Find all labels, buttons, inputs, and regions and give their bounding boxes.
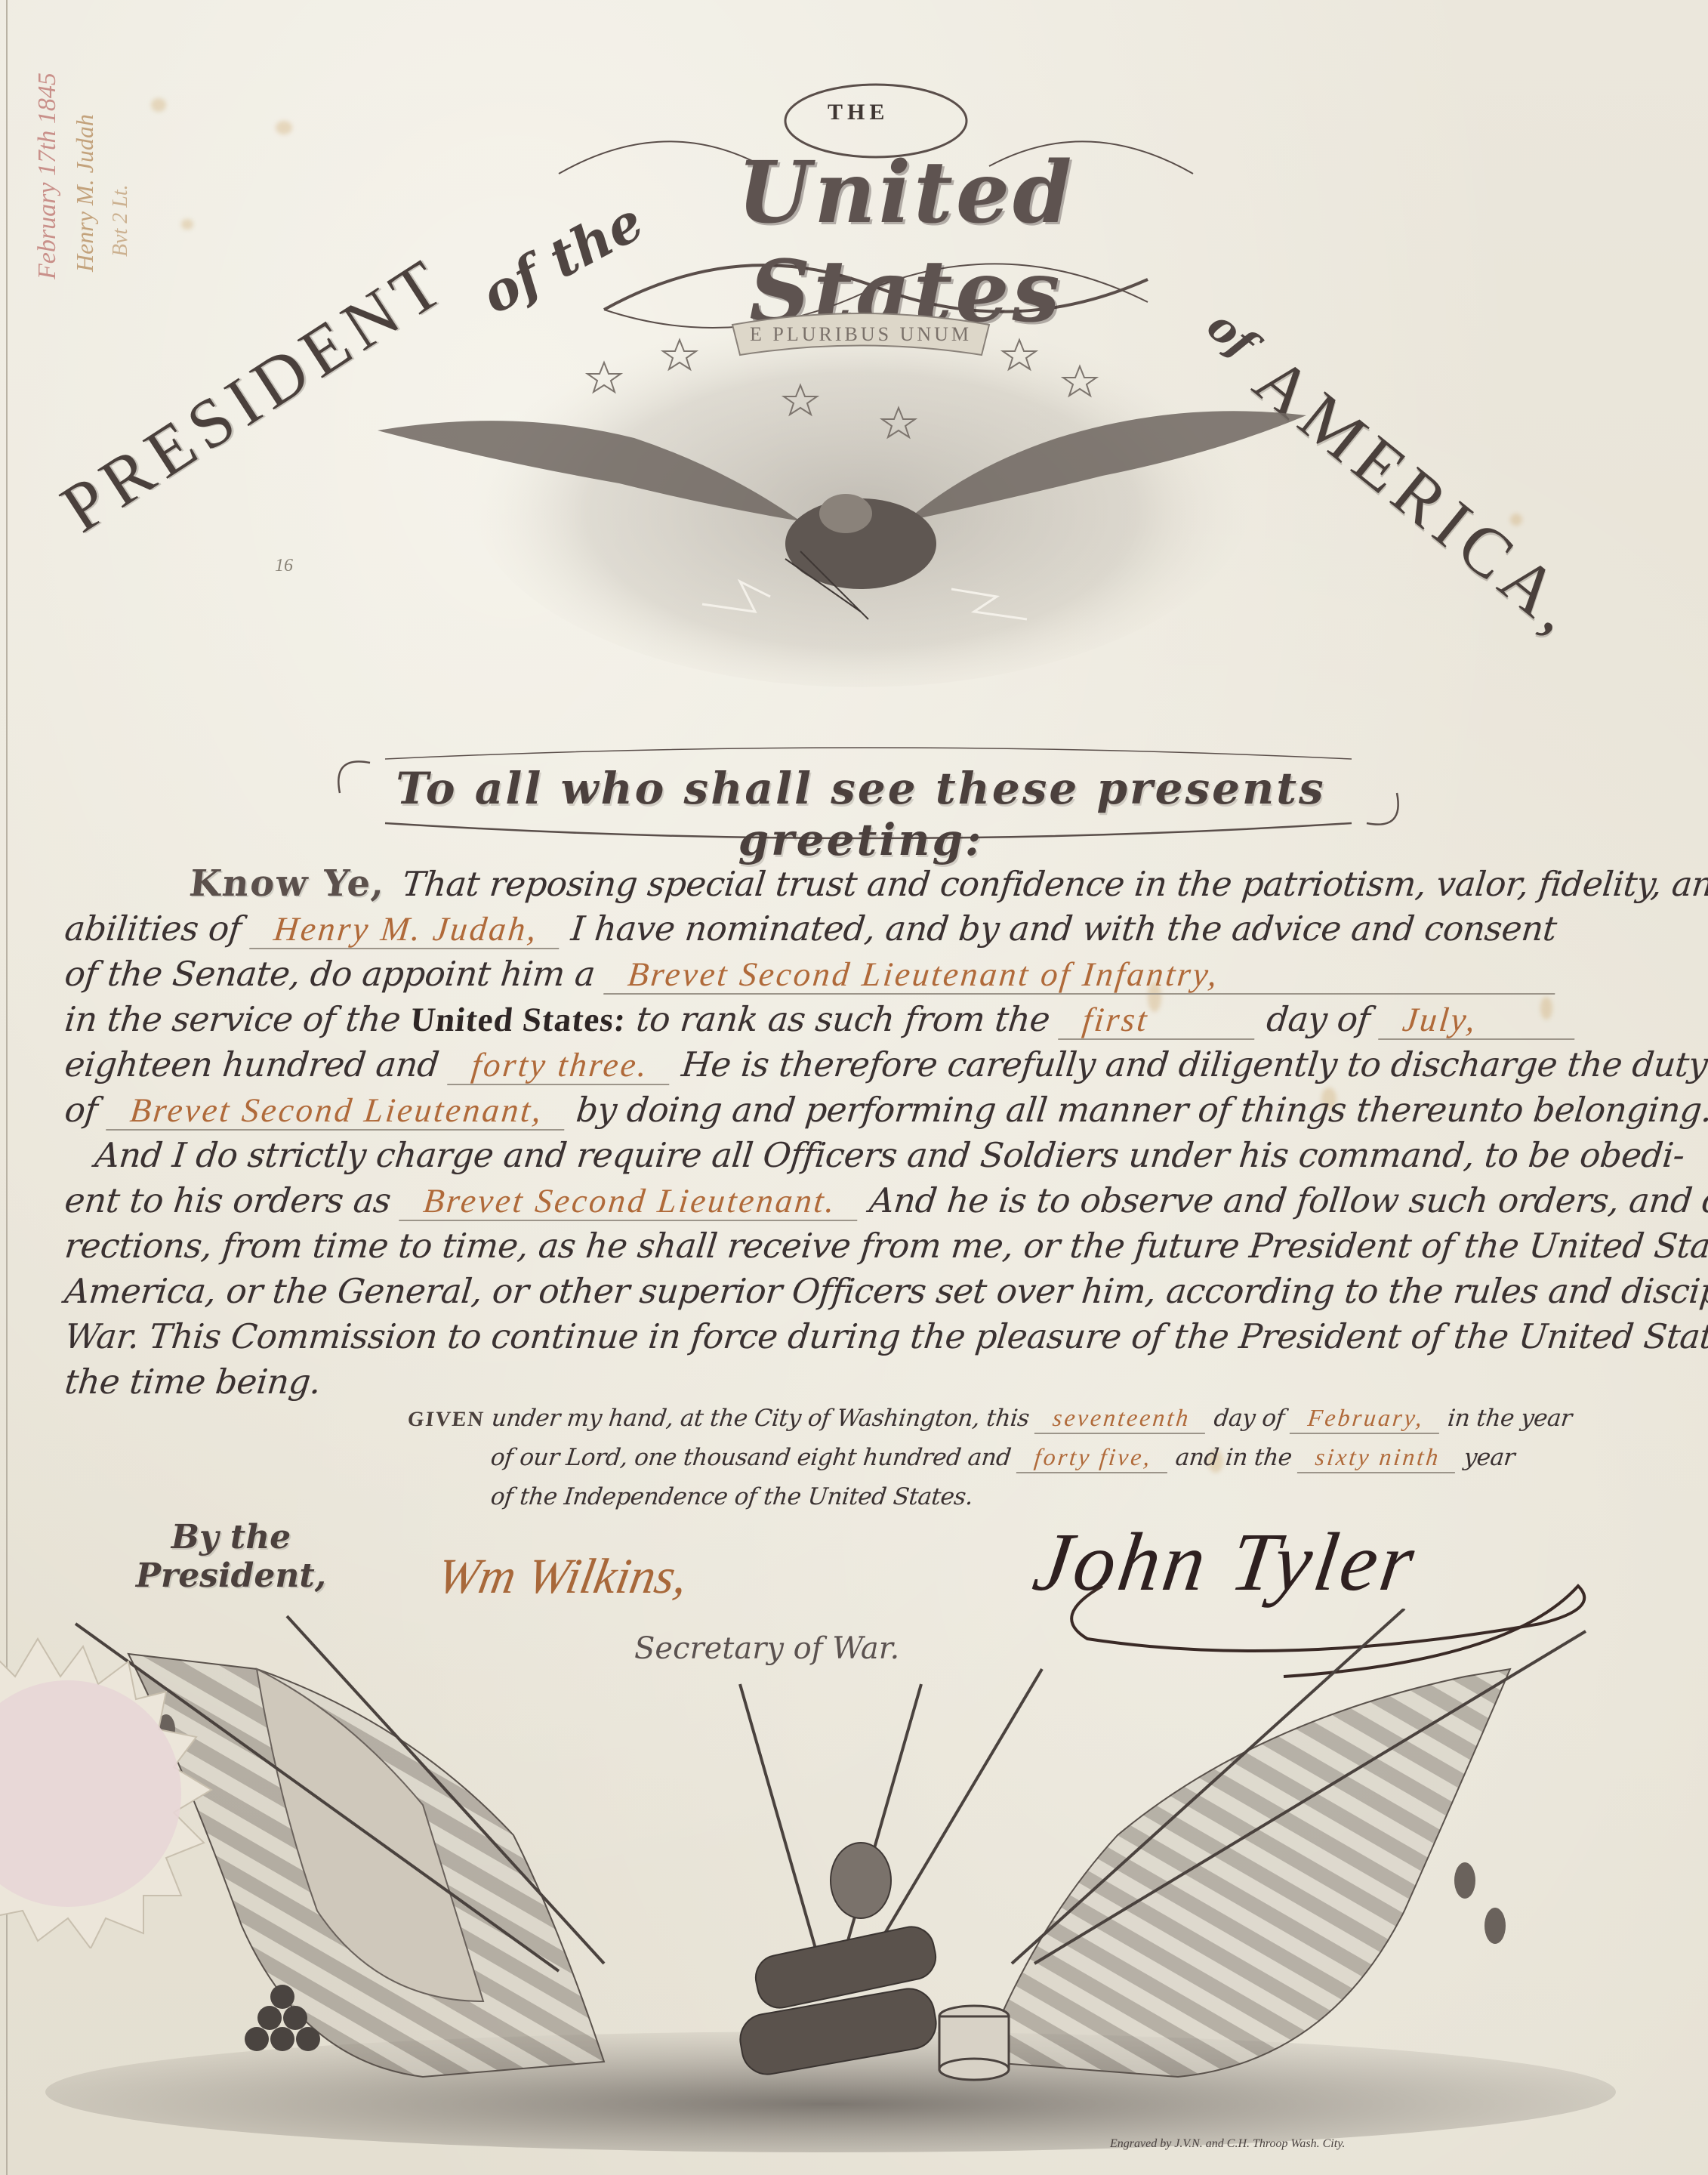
- body-text: by doing and performing all manner of th…: [575, 1090, 1708, 1130]
- motto-e-pluribus-unum: E PLURIBUS UNUM: [725, 323, 997, 346]
- drum: [939, 2006, 1009, 2080]
- body-line-3: of the Senate, do appoint him a Brevet S…: [63, 952, 1638, 997]
- engraver-credit: Engraved by J.V.N. and C.H. Throop Wash.…: [1110, 2137, 1345, 2151]
- right-flag: [982, 1669, 1510, 2077]
- body-text: in the year: [1447, 1405, 1574, 1432]
- body-line-2: abilities of Henry M. Judah, I have nomi…: [63, 906, 1638, 952]
- body-text: the time being.: [63, 1362, 322, 1402]
- body-line-9: rections, from time to time, as he shall…: [63, 1223, 1638, 1269]
- eagle-head: [819, 494, 872, 533]
- given-month-field: February,: [1290, 1402, 1443, 1434]
- rank-month-field: July,: [1378, 1001, 1578, 1040]
- body-line-1: Know Ye,That reposing special trust and …: [63, 861, 1638, 906]
- body-line-10: America, or the General, or other superi…: [63, 1269, 1638, 1314]
- body-text: And I do strictly charge and require all…: [93, 1135, 1686, 1175]
- know-ye-heading: Know Ye,: [187, 862, 388, 905]
- docket-notation: February 17th 1845 Henry M. Judah Bvt 2 …: [11, 30, 162, 279]
- body-text: He is therefore carefully and diligently…: [680, 1044, 1708, 1084]
- orders-rank-field: Brevet Second Lieutenant.: [399, 1182, 861, 1221]
- cloud-halo: [468, 295, 1253, 687]
- given-clause: GIVEN under my hand, at the City of Wash…: [408, 1399, 1646, 1516]
- given-label: GIVEN: [406, 1408, 486, 1431]
- body-line-12: the time being.: [63, 1359, 1638, 1405]
- body-text: abilities of: [63, 909, 243, 949]
- given-day-field: seventeenth: [1034, 1402, 1209, 1434]
- body-text: year: [1463, 1444, 1516, 1471]
- body-line-8: ent to his orders as Brevet Second Lieut…: [63, 1178, 1638, 1223]
- body-text: day of: [1265, 999, 1372, 1039]
- military-trophy-engraving: [30, 1609, 1639, 2152]
- body-text: eighteen hundred and: [63, 1044, 441, 1084]
- body-text: rections, from time to time, as he shall…: [63, 1226, 1708, 1266]
- body-text: to rank as such from the: [634, 999, 1052, 1039]
- docket-rank: Bvt 2 Lt.: [109, 184, 133, 257]
- helmet: [831, 1843, 891, 1918]
- body-text: of: [63, 1090, 99, 1130]
- body-text: and in the: [1174, 1444, 1293, 1471]
- body-text: War. This Commission to continue in forc…: [63, 1316, 1708, 1356]
- body-line-11: War. This Commission to continue in forc…: [63, 1314, 1638, 1359]
- pencil-number: 16: [275, 556, 293, 576]
- appointee-name-field: Henry M. Judah,: [249, 910, 563, 949]
- secretary-signature: Wm Wilkins,: [433, 1548, 692, 1606]
- body-text: day of: [1213, 1405, 1286, 1432]
- independence-year-field: sixty ninth: [1297, 1442, 1459, 1473]
- duty-rank-field: Brevet Second Lieutenant,: [106, 1091, 568, 1131]
- body-line-6: of Brevet Second Lieutenant, by doing an…: [63, 1087, 1638, 1133]
- docket-name: Henry M. Judah: [71, 114, 99, 272]
- body-text: under my hand, at the City of Washington…: [490, 1405, 1030, 1432]
- body-line-5: eighteen hundred and forty three. He is …: [63, 1042, 1638, 1087]
- docket-date: February 17th 1845: [33, 72, 62, 279]
- body-line-4: in the service of the United States: to …: [63, 997, 1638, 1042]
- given-line-1: GIVEN under my hand, at the City of Wash…: [405, 1399, 1648, 1438]
- by-the-president-label: By the President,: [72, 1518, 390, 1595]
- body-text: of our Lord, one thousand eight hundred …: [489, 1444, 1012, 1471]
- rank-day-field: first: [1058, 1001, 1258, 1040]
- rank-field: Brevet Second Lieutenant of Infantry,: [603, 955, 1558, 995]
- given-line-2: of our Lord, one thousand eight hundred …: [405, 1438, 1648, 1477]
- eagle-vignette: [378, 295, 1321, 717]
- foxing-stain: [276, 121, 292, 134]
- given-line-3: of the Independence of the United States…: [405, 1477, 1648, 1516]
- body-text: in the service of the: [63, 999, 402, 1039]
- body-text: I have nominated, and by and with the ad…: [569, 909, 1558, 949]
- body-text: America, or the General, or other superi…: [63, 1271, 1708, 1311]
- body-text: of the Senate, do appoint him a: [63, 954, 597, 994]
- greeting-heading: To all who shall see these presents gree…: [332, 763, 1389, 865]
- commission-body: Know Ye,That reposing special trust and …: [65, 861, 1636, 1405]
- body-text: That reposing special trust and confiden…: [400, 864, 1708, 904]
- paper-wafer-seal: [0, 1631, 242, 1948]
- body-text: And he is to observe and follow such ord…: [868, 1180, 1708, 1220]
- given-year-field: forty five,: [1016, 1442, 1170, 1473]
- title-the: THE: [828, 100, 888, 125]
- body-text: ent to his orders as: [63, 1180, 393, 1220]
- body-text: of the Independence of the United States…: [489, 1483, 974, 1510]
- foxing-stain: [181, 219, 193, 230]
- united-states-blackletter: United States:: [409, 1001, 627, 1038]
- body-line-7: And I do strictly charge and require all…: [63, 1133, 1638, 1178]
- rank-year-field: forty three.: [447, 1046, 674, 1085]
